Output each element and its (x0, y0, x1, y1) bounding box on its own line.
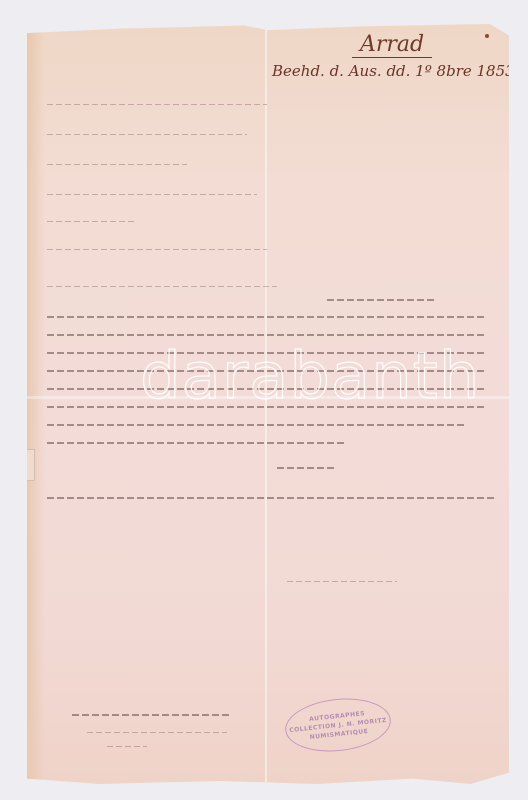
signature-line (107, 746, 147, 747)
handwriting-line (47, 497, 497, 499)
handwriting-line (47, 424, 467, 426)
handwriting-line (47, 334, 487, 336)
pin-hole-icon (485, 34, 489, 38)
handwriting-line (327, 299, 437, 301)
document-heading: Arrad (352, 32, 432, 58)
handwriting-line (47, 249, 267, 250)
handwriting-line (47, 442, 347, 444)
handwriting-line (47, 286, 277, 287)
handwriting-line (47, 134, 247, 135)
handwriting-line (277, 467, 337, 469)
handwriting-line (47, 316, 487, 318)
handwriting-line (47, 221, 137, 222)
handwriting-line (47, 164, 187, 165)
pin-hole-icon (39, 28, 43, 32)
handwriting-line (287, 581, 397, 582)
signature-line (72, 714, 232, 716)
handwriting-line (47, 194, 257, 195)
document-dateline: Beehd. d. Aus. dd. 1º 8bre 1853 (272, 62, 515, 80)
watermark: darabanth (140, 340, 480, 414)
collection-stamp: AUTOGRAPHES COLLECTION J. N. MORITZ NUMI… (283, 694, 394, 757)
paper-tear (21, 449, 35, 481)
signature-line (87, 732, 227, 733)
handwriting-line (47, 104, 267, 105)
